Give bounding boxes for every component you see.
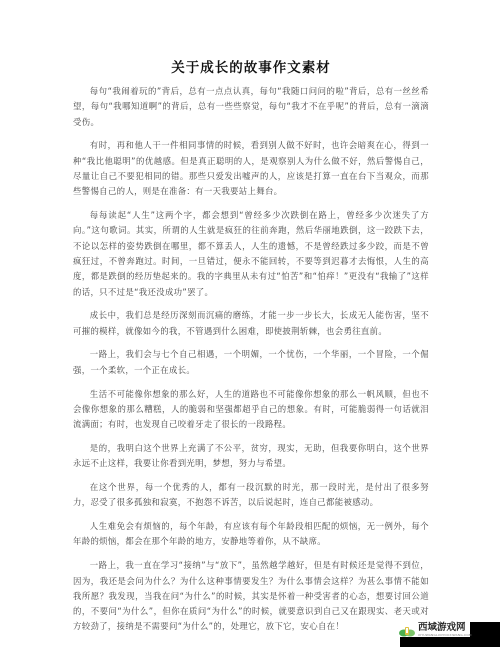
paragraph: 一路上，我们会与七个自己相遇，一个明媚，一个忧伤，一个华丽，一个冒险，一个倔强，… bbox=[73, 347, 429, 378]
paragraph: 每句“我闹着玩的”背后，总有一点点认真，每句“我随口问问的啦”背后，总有一丝丝希… bbox=[73, 84, 429, 130]
paragraph: 成长中，我们总是经历深刻而沉痛的磨练，才能一步一步长大，长成无人能伤害，坚不可摧… bbox=[73, 308, 429, 339]
watermark-text: 西域游戏网 XIYUWANGLUOYOUXIWANG.COM bbox=[418, 622, 472, 637]
paragraph: 生活不可能像你想象的那么好，人生的道路也不可能像你想象的那么一帆风顺，但也不会像… bbox=[73, 387, 429, 433]
paragraph: 人生难免会有烦恼的，每个年龄，有应该有每个年龄段相匹配的烦恼，无一例外，每个年龄… bbox=[73, 519, 429, 550]
paragraph: 是的，我明白这个世界上充满了不公平，贫穷，现实，无助，但我要你明白，这个世界永远… bbox=[73, 441, 429, 472]
document-title: 关于成长的故事作文素材 bbox=[73, 56, 429, 76]
paragraph: 在这个世界，每一个优秀的人，都有一段沉默的时光，那一段时光，是付出了很多努力，忍… bbox=[73, 480, 429, 511]
paragraph: 有时，再和他人干一件相同事情的时候，看到别人做不好时，也许会暗爽在心，得到一种“… bbox=[73, 138, 429, 199]
site-watermark: 西域游戏网 XIYUWANGLUOYOUXIWANG.COM bbox=[399, 622, 500, 647]
paragraph: 每每读起“人生”这两个字，都会想到“曾经多少次跌倒在路上，曾经多少次迷失了方向。… bbox=[73, 208, 429, 300]
paragraph: 一路上，我一直在学习“接纳”与“放下”，虽然越学越好，但是有时候还是觉得不到位，… bbox=[73, 558, 429, 634]
document-body: 每句“我闹着玩的”背后，总有一点点认真，每句“我随口问问的啦”背后，总有一丝丝希… bbox=[73, 84, 429, 643]
watermark-name: 西域游戏网 bbox=[418, 622, 472, 633]
watermark-subtitle: XIYUWANGLUOYOUXIWANG.COM bbox=[418, 633, 472, 637]
leaf-logo-icon bbox=[399, 624, 415, 638]
